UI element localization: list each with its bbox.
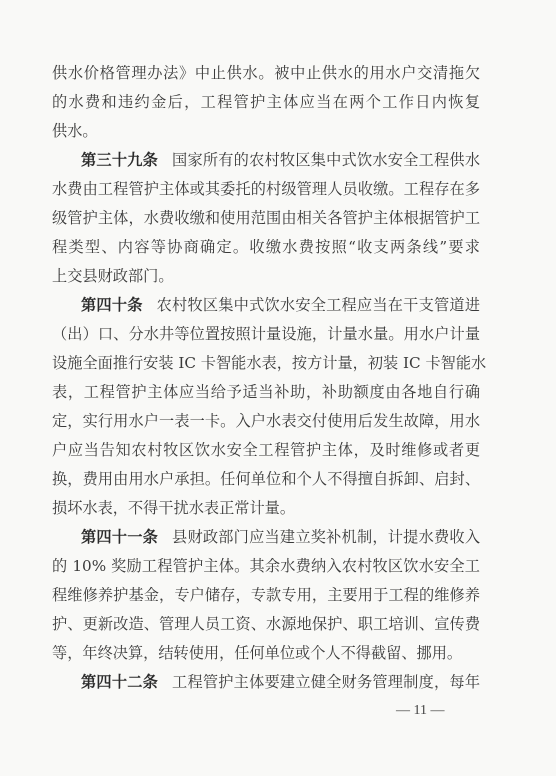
text-line: （出）口、分水井等位置按照计量设施，计量水量。用水户计量	[52, 323, 480, 345]
text-line: 供水价格管理办法》中止供水。被中止供水的用水户交清拖欠	[52, 62, 480, 84]
text-line: 的水费和违约金后，工程管护主体应当在两个工作日内恢复	[52, 91, 480, 113]
line-text: 户应当告知农村牧区饮水安全工程管护主体，及时维修或者更	[52, 441, 480, 459]
article-number: 第四十条	[81, 296, 143, 314]
line-text: 工程管护主体要建立健全财务管理制度，每年	[172, 673, 480, 691]
line-text: 换，费用由用水户承担。任何单位和个人不得擅自拆卸、启封、	[52, 470, 480, 488]
text-line: 定，实行用水户一表一卡。入户水表交付使用后发生故障，用水	[52, 410, 480, 432]
article-number: 第四十一条	[81, 528, 158, 546]
line-text: 供水价格管理办法》中止供水。被中止供水的用水户交清拖欠	[52, 64, 480, 82]
line-text: 供水。	[52, 122, 98, 140]
page-number: — 11 —	[396, 703, 444, 719]
line-text: 等，年终决算，结转使用，任何单位或个人不得截留、挪用。	[52, 644, 462, 662]
text-line: 级管护主体，水费收缴和使用范围由相关各管护主体根据管护工	[52, 207, 480, 229]
line-text: 定，实行用水户一表一卡。入户水表交付使用后发生故障，用水	[52, 412, 480, 430]
article-41-heading-line: 第四十一条县财政部门应当建立奖补机制，计提水费收入	[81, 526, 480, 548]
line-text: 程维修养护基金，专户储存，专款专用，主要用于工程的维修养	[52, 586, 480, 604]
line-text: 设施全面推行安装 IC 卡智能水表，按方计量，初装 IC 卡智能水	[52, 354, 486, 372]
line-text: 损坏水表，不得干扰水表正常计量。	[52, 499, 295, 517]
text-line: 设施全面推行安装 IC 卡智能水表，按方计量，初装 IC 卡智能水	[52, 352, 480, 374]
article-number: 第三十九条	[81, 151, 158, 169]
line-text: 级管护主体，水费收缴和使用范围由相关各管护主体根据管护工	[52, 209, 480, 227]
line-text: 的 10% 奖励工程管护主体。其余水费纳入农村牧区饮水安全工	[52, 557, 480, 575]
text-line: 护、更新改造、管理人员工资、水源地保护、职工培训、宣传费	[52, 613, 480, 635]
article-number: 第四十二条	[81, 673, 158, 691]
text-line: 上交县财政部门。	[52, 265, 480, 287]
text-line: 等，年终决算，结转使用，任何单位或个人不得截留、挪用。	[52, 642, 480, 664]
article-39-heading-line: 第三十九条国家所有的农村牧区集中式饮水安全工程供水	[81, 149, 480, 171]
text-line: 户应当告知农村牧区饮水安全工程管护主体，及时维修或者更	[52, 439, 480, 461]
line-text: 护、更新改造、管理人员工资、水源地保护、职工培训、宣传费	[52, 615, 480, 633]
document-page: 供水价格管理办法》中止供水。被中止供水的用水户交清拖欠 的水费和违约金后，工程管…	[0, 0, 556, 776]
line-text: 国家所有的农村牧区集中式饮水安全工程供水	[172, 151, 480, 169]
text-line: 的 10% 奖励工程管护主体。其余水费纳入农村牧区饮水安全工	[52, 555, 480, 577]
text-line: 水费由工程管护主体或其委托的村级管理人员收缴。工程存在多	[52, 178, 480, 200]
line-text: 表，工程管护主体应当给予适当补助，补助额度由各地自行确	[52, 383, 480, 401]
line-text: 水费由工程管护主体或其委托的村级管理人员收缴。工程存在多	[52, 180, 480, 198]
article-42-heading-line: 第四十二条工程管护主体要建立健全财务管理制度，每年	[81, 671, 480, 693]
text-line: 程类型、内容等协商确定。收缴水费按照“收支两条线”要求	[52, 236, 480, 258]
line-text: （出）口、分水井等位置按照计量设施，计量水量。用水户计量	[52, 325, 480, 343]
text-line: 表，工程管护主体应当给予适当补助，补助额度由各地自行确	[52, 381, 480, 403]
article-40-heading-line: 第四十条农村牧区集中式饮水安全工程应当在干支管道进	[81, 294, 480, 316]
line-text: 的水费和违约金后，工程管护主体应当在两个工作日内恢复	[52, 93, 480, 111]
line-text: 农村牧区集中式饮水安全工程应当在干支管道进	[157, 296, 480, 314]
line-text: 县财政部门应当建立奖补机制，计提水费收入	[172, 528, 480, 546]
text-line: 供水。	[52, 120, 480, 142]
text-line: 程维修养护基金，专户储存，专款专用，主要用于工程的维修养	[52, 584, 480, 606]
line-text: 程类型、内容等协商确定。收缴水费按照“收支两条线”要求	[52, 238, 480, 256]
line-text: 上交县财政部门。	[52, 267, 174, 285]
text-line: 换，费用由用水户承担。任何单位和个人不得擅自拆卸、启封、	[52, 468, 480, 490]
text-line: 损坏水表，不得干扰水表正常计量。	[52, 497, 480, 519]
